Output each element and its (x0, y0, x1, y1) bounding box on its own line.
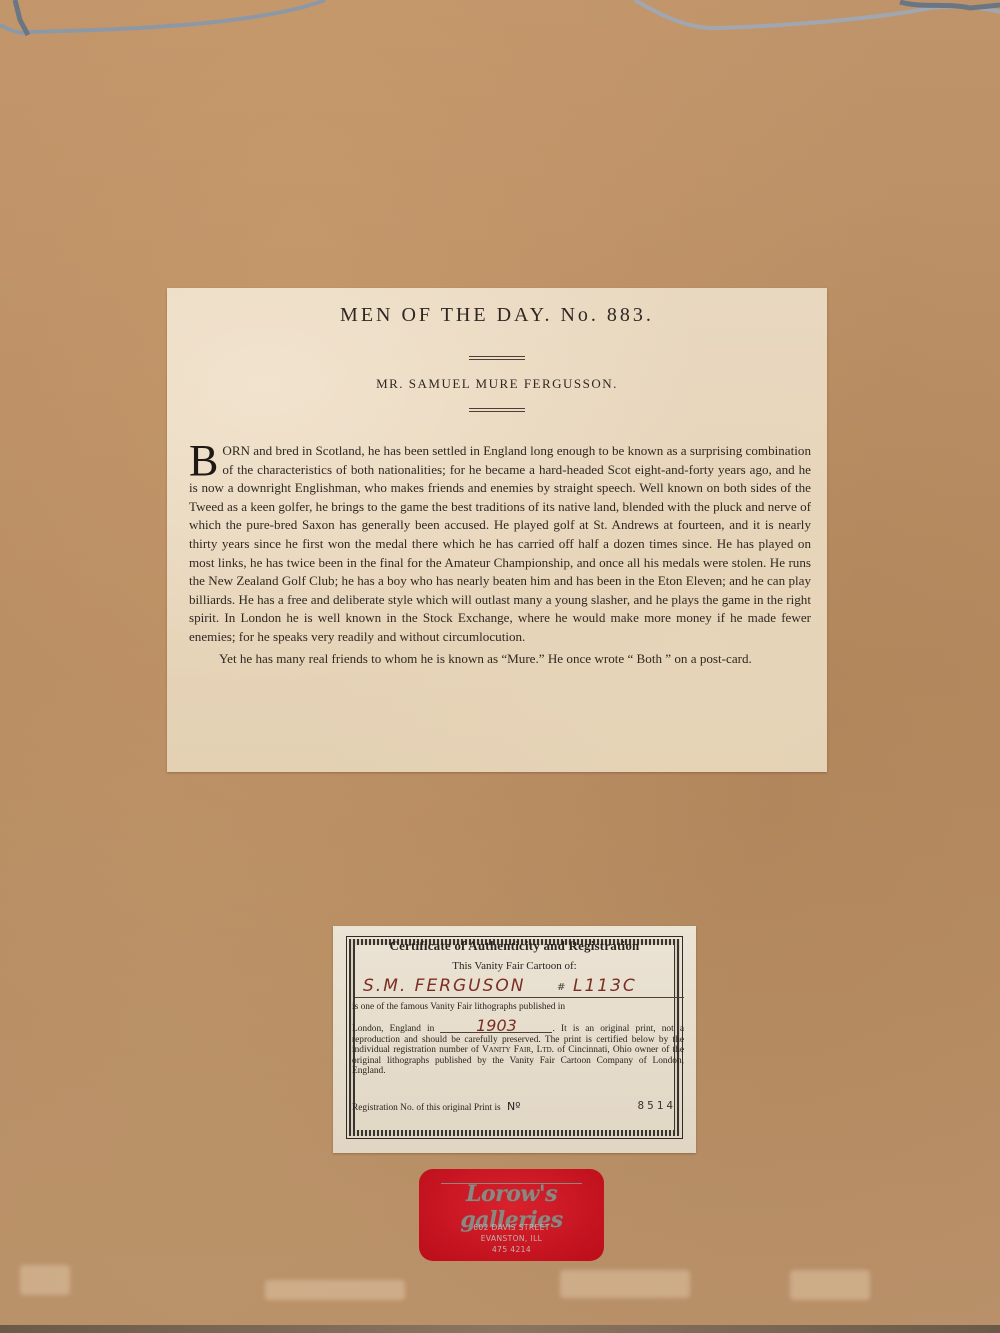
residue-mark (265, 1280, 405, 1300)
title-rule (469, 356, 525, 360)
paragraph-2: Yet he has many real friends to whom he … (189, 650, 811, 669)
hanging-wire (0, 0, 1000, 60)
number-mark: Nº (507, 1100, 520, 1113)
gallery-street: 602 DAVIS STREET (419, 1223, 604, 1232)
clipping-subtitle: MR. SAMUEL MURE FERGUSSON. (167, 376, 827, 392)
certificate-statement: is one of the famous Vanity Fair lithogr… (352, 1002, 684, 1012)
frame-edge (0, 1325, 1000, 1333)
certificate-heading: Certificate of Authenticity and Registra… (333, 938, 696, 954)
clipping-title: MEN OF THE DAY. No. 883. (167, 304, 827, 327)
gallery-city: EVANSTON, ILL (419, 1234, 604, 1243)
handwritten-subject: S.M. FERGUSON (363, 976, 526, 996)
certificate-of-authenticity: Certificate of Authenticity and Registra… (333, 926, 696, 1153)
newspaper-clipping: MEN OF THE DAY. No. 883. MR. SAMUEL MURE… (167, 288, 827, 772)
drop-cap: B (189, 444, 218, 478)
residue-mark (790, 1270, 870, 1300)
subtitle-rule (469, 408, 525, 412)
handwritten-catalog-number: L113C (573, 976, 637, 996)
gallery-phone: 475 4214 (419, 1245, 604, 1254)
registration-number: 8514 (638, 1099, 677, 1112)
certificate-intro: This Vanity Fair Cartoon of: (333, 960, 696, 972)
residue-mark (20, 1265, 70, 1295)
paragraph-1: BORN and bred in Scotland, he has been s… (189, 442, 811, 647)
clipping-body: BORN and bred in Scotland, he has been s… (189, 442, 811, 668)
handwritten-subject-line: S.M. FERGUSON # L113C (355, 974, 684, 998)
handwritten-year: 1903 (440, 1020, 552, 1033)
hash-mark: # (557, 982, 567, 993)
gallery-label: Lorow's galleries 602 DAVIS STREET EVANS… (419, 1169, 604, 1261)
residue-mark (560, 1270, 690, 1298)
certificate-paragraph: London, England in 1903. It is an origin… (352, 1020, 684, 1077)
company-name: Vanity Fair, Ltd. (482, 1045, 554, 1055)
registration-line: Registration No. of this original Print … (352, 1100, 684, 1113)
